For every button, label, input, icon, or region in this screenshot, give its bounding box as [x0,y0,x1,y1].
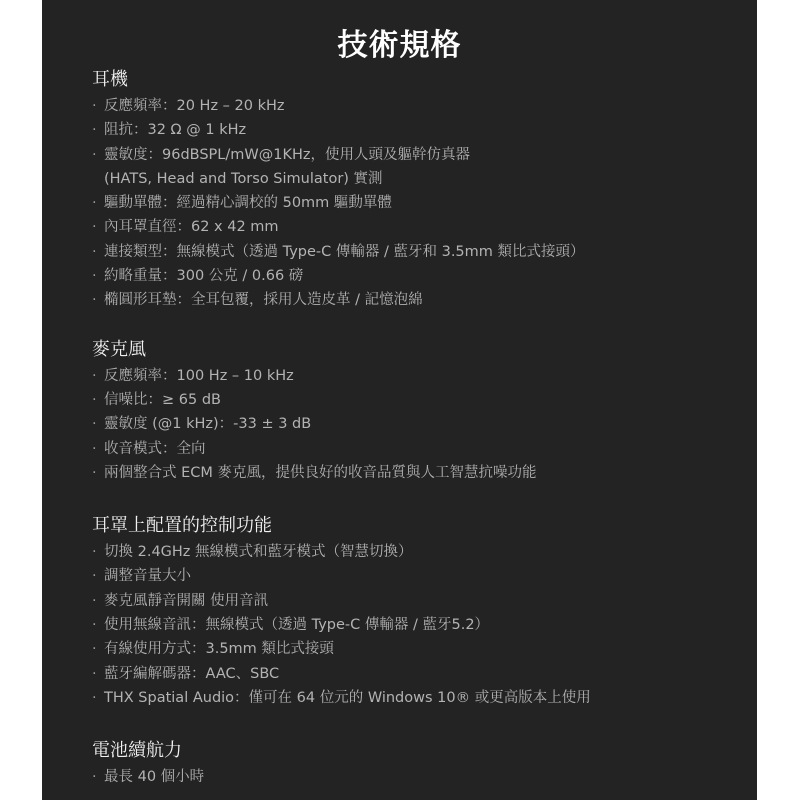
spec-text: 驅動單體：經過精心調校的 50mm 驅動單體 [104,191,392,215]
bullet-icon: · [92,564,104,588]
section-title: 麥克風 [92,336,732,364]
spec-text: 收音模式：全向 [104,437,206,461]
spec-list: ·最長 40 個小時 [92,765,732,789]
spec-text: 使用無線音訊：無線模式（透過 Type-C 傳輸器 / 藍牙5.2） [104,613,489,637]
bullet-icon: · [92,264,104,288]
bullet-icon: · [92,437,104,461]
spec-text: 最長 40 個小時 [104,765,204,789]
bullet-icon: · [92,686,104,710]
spec-item: ·約略重量：300 公克 / 0.66 磅 [92,264,732,288]
section-microphone: 麥克風 ·反應頻率：100 Hz – 10 kHz ·信噪比：≥ 65 dB ·… [92,336,732,485]
spec-content: 耳機 ·反應頻率：20 Hz – 20 kHz ·阻抗：32 Ω @ 1 kHz… [92,66,732,790]
spec-item: ·調整音量大小 [92,564,732,588]
spec-list: ·反應頻率：20 Hz – 20 kHz ·阻抗：32 Ω @ 1 kHz ·靈… [92,94,732,313]
bullet-icon: · [92,388,104,412]
section-title: 電池續航力 [92,737,732,765]
spec-text: THX Spatial Audio：僅可在 64 位元的 Windows 10®… [104,686,591,710]
bullet-icon: · [92,765,104,789]
spec-text: 橢圓形耳墊：全耳包覆，採用人造皮革 / 記憶泡綿 [104,288,423,312]
spec-text: 內耳罩直徑：62 x 42 mm [104,215,279,239]
bullet-icon: · [92,364,104,388]
spec-item: ·阻抗：32 Ω @ 1 kHz [92,118,732,142]
spec-list: ·反應頻率：100 Hz – 10 kHz ·信噪比：≥ 65 dB ·靈敏度 … [92,364,732,485]
bullet-icon: · [92,613,104,637]
spec-item: ·有線使用方式：3.5mm 類比式接頭 [92,637,732,661]
spec-text: 反應頻率：20 Hz – 20 kHz [104,94,285,118]
spec-text: 切換 2.4GHz 無線模式和藍牙模式（智慧切換） [104,540,413,564]
spec-item: ·內耳罩直徑：62 x 42 mm [92,215,732,239]
spec-item: ·麥克風靜音開關 使用音訊 [92,589,732,613]
spec-item: ·靈敏度：96dBSPL/mW@1KHz，使用人頭及軀幹仿真器 [92,143,732,167]
spec-text: 反應頻率：100 Hz – 10 kHz [104,364,294,388]
spec-list: ·切換 2.4GHz 無線模式和藍牙模式（智慧切換） ·調整音量大小 ·麥克風靜… [92,540,732,710]
spec-item: ·最長 40 個小時 [92,765,732,789]
spec-text: 信噪比：≥ 65 dB [104,388,221,412]
spec-item: ·藍牙編解碼器：AAC、SBC [92,662,732,686]
section-spacer [92,710,732,737]
spec-item: ·橢圓形耳墊：全耳包覆，採用人造皮革 / 記憶泡綿 [92,288,732,312]
spec-item-continuation: (HATS, Head and Torso Simulator) 實測 [92,167,732,191]
bullet-icon: · [92,288,104,312]
bullet-icon: · [92,589,104,613]
spec-text: 調整音量大小 [104,564,191,588]
spec-text: 阻抗：32 Ω @ 1 kHz [104,118,246,142]
bullet-icon: · [92,191,104,215]
spec-item: ·信噪比：≥ 65 dB [92,388,732,412]
section-battery: 電池續航力 ·最長 40 個小時 [92,737,732,789]
bullet-icon: · [92,94,104,118]
section-title: 耳機 [92,66,732,94]
spec-text: 麥克風靜音開關 使用音訊 [104,589,268,613]
spec-item: ·反應頻率：20 Hz – 20 kHz [92,94,732,118]
spec-item: ·收音模式：全向 [92,437,732,461]
bullet-icon: · [92,412,104,436]
spec-panel: 技術規格 耳機 ·反應頻率：20 Hz – 20 kHz ·阻抗：32 Ω @ … [42,0,757,800]
spec-text: 連接類型：無線模式（透過 Type-C 傳輸器 / 藍牙和 3.5mm 類比式接… [104,240,585,264]
spec-text: 兩個整合式 ECM 麥克風，提供良好的收音品質與人工智慧抗噪功能 [104,461,537,485]
spec-item: ·切換 2.4GHz 無線模式和藍牙模式（智慧切換） [92,540,732,564]
spec-text: 有線使用方式：3.5mm 類比式接頭 [104,637,334,661]
section-spacer [92,313,732,336]
bullet-icon: · [92,461,104,485]
spec-item: ·反應頻率：100 Hz – 10 kHz [92,364,732,388]
bullet-icon: · [92,240,104,264]
spec-item: ·兩個整合式 ECM 麥克風，提供良好的收音品質與人工智慧抗噪功能 [92,461,732,485]
spec-item: ·靈敏度 (@1 kHz)：-33 ± 3 dB [92,412,732,436]
section-headphones: 耳機 ·反應頻率：20 Hz – 20 kHz ·阻抗：32 Ω @ 1 kHz… [92,66,732,313]
spec-text: 靈敏度：96dBSPL/mW@1KHz，使用人頭及軀幹仿真器 [104,143,470,167]
spec-item: ·THX Spatial Audio：僅可在 64 位元的 Windows 10… [92,686,732,710]
bullet-icon: · [92,215,104,239]
bullet-icon: · [92,143,104,167]
spec-item: ·連接類型：無線模式（透過 Type-C 傳輸器 / 藍牙和 3.5mm 類比式… [92,240,732,264]
spec-text: 藍牙編解碼器：AAC、SBC [104,662,279,686]
page-title: 技術規格 [42,24,757,68]
bullet-icon: · [92,118,104,142]
spec-item: ·使用無線音訊：無線模式（透過 Type-C 傳輸器 / 藍牙5.2） [92,613,732,637]
bullet-icon: · [92,637,104,661]
spec-text: 靈敏度 (@1 kHz)：-33 ± 3 dB [104,412,311,436]
bullet-icon: · [92,662,104,686]
section-spacer [92,485,732,512]
spec-text: 約略重量：300 公克 / 0.66 磅 [104,264,303,288]
bullet-icon: · [92,540,104,564]
section-title: 耳罩上配置的控制功能 [92,512,732,540]
section-controls: 耳罩上配置的控制功能 ·切換 2.4GHz 無線模式和藍牙模式（智慧切換） ·調… [92,512,732,710]
spec-text: (HATS, Head and Torso Simulator) 實測 [104,167,383,191]
spec-item: ·驅動單體：經過精心調校的 50mm 驅動單體 [92,191,732,215]
